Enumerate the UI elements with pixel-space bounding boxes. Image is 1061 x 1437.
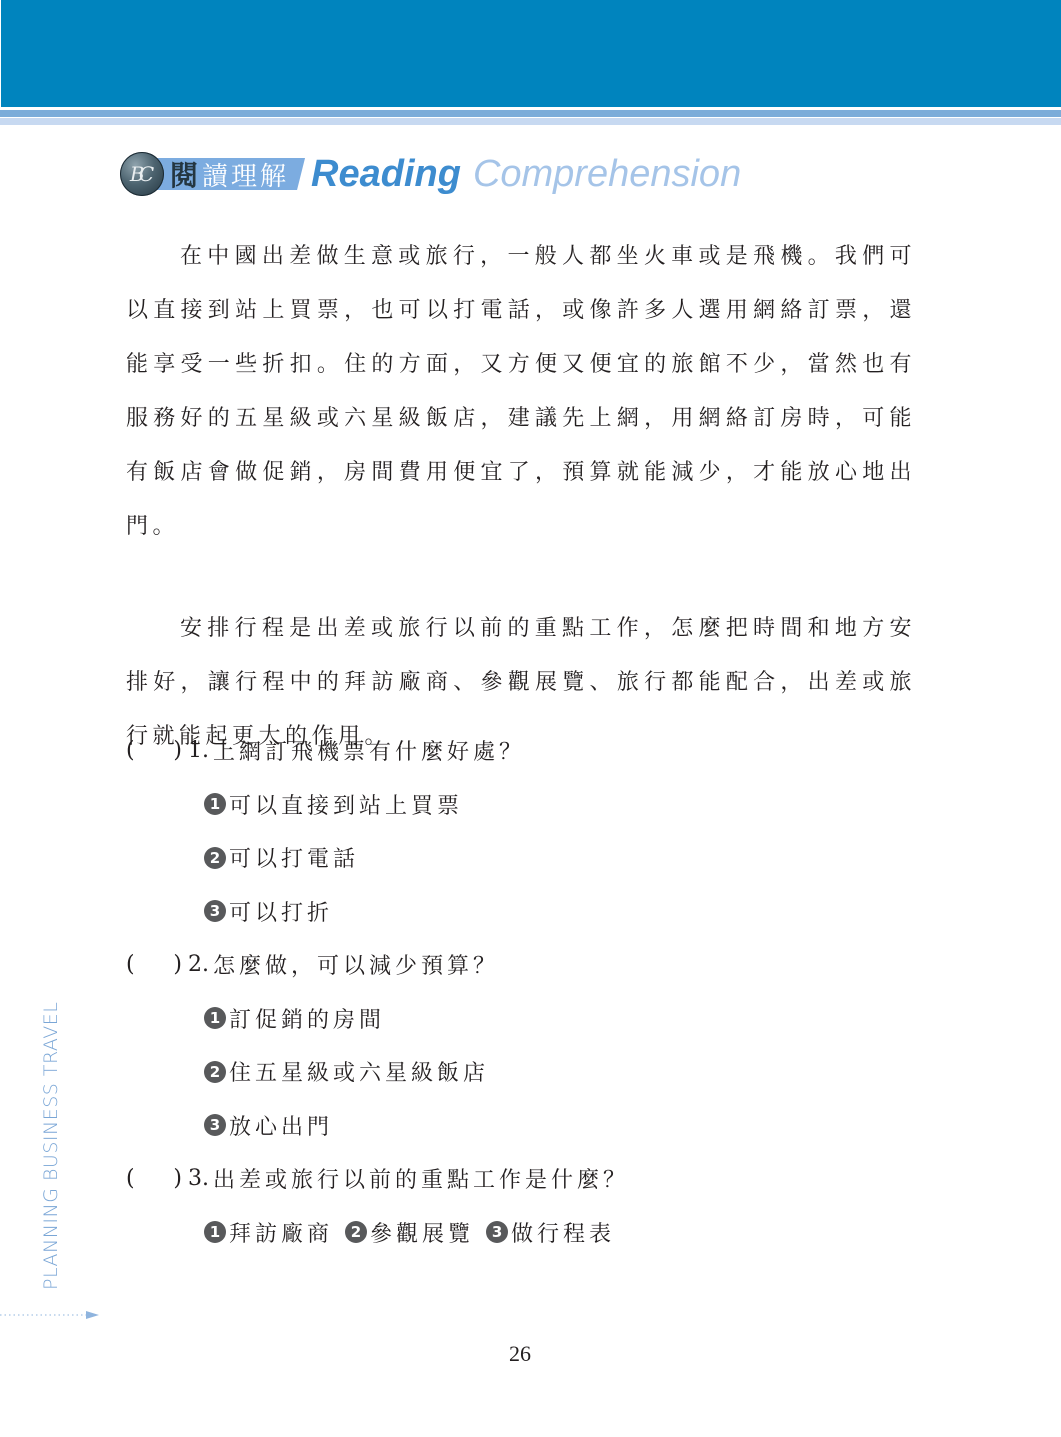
question-text: 出差或旅行以前的重點工作是什麼？: [213, 1163, 629, 1194]
section-title-zh-rest: 讀理解: [202, 156, 289, 193]
question-2-option-2: 2 住五星級或六星級飯店: [126, 1045, 926, 1099]
circled-number-icon: 3: [486, 1221, 508, 1243]
circled-number-icon: 1: [204, 1007, 226, 1029]
option-text: 參觀展覽: [370, 1217, 474, 1248]
question-3-option-2: 2 參觀展覽: [345, 1217, 474, 1248]
question-number: 1.: [188, 738, 209, 763]
question-2-option-1: 1 訂促銷的房間: [126, 992, 926, 1046]
question-3-option-1: 1 拜訪廠商: [204, 1217, 333, 1248]
reading-passage: 在中國出差做生意或旅行，一般人都坐火車或是飛機。我們可以直接到站上買票，也可以打…: [126, 230, 916, 764]
section-title-en-bold: Reading: [311, 153, 461, 196]
bc-logo-icon: BC: [120, 152, 164, 196]
question-text: 上網訂飛機票有什麼好處？: [213, 735, 525, 766]
circled-number-icon: 1: [204, 793, 226, 815]
question-list: ( ) 1. 上網訂飛機票有什麼好處？ 1 可以直接到站上買票 2 可以打電話 …: [126, 724, 926, 1259]
option-text: 做行程表: [511, 1217, 615, 1248]
question-text: 怎麼做，可以減少預算？: [213, 949, 499, 980]
question-number: 2.: [188, 952, 209, 977]
question-3-options: 1 拜訪廠商 2 參觀展覽 3 做行程表: [126, 1206, 926, 1260]
question-1: ( ) 1. 上網訂飛機票有什麼好處？: [126, 724, 926, 778]
circled-number-icon: 2: [345, 1221, 367, 1243]
side-chapter-label: PLANNING BUSINESS TRAVEL: [40, 1002, 62, 1290]
question-3: ( ) 3. 出差或旅行以前的重點工作是什麼？: [126, 1152, 926, 1206]
question-1-option-3: 3 可以打折: [126, 885, 926, 939]
circled-number-icon: 2: [204, 1061, 226, 1083]
option-text: 住五星級或六星級飯店: [229, 1056, 489, 1087]
option-text: 可以打折: [229, 896, 333, 927]
circled-number-icon: 1: [204, 1221, 226, 1243]
option-text: 拜訪廠商: [229, 1217, 333, 1248]
section-title-zh-first: 閱: [170, 154, 198, 194]
answer-blank-2[interactable]: ( ): [126, 952, 186, 977]
option-text: 可以打電話: [229, 842, 359, 873]
dotted-arrow-icon: [0, 1310, 100, 1320]
question-number: 3.: [188, 1166, 209, 1191]
section-title: BC 閱 讀理解 Reading Comprehension: [120, 150, 741, 198]
option-text: 放心出門: [229, 1110, 333, 1141]
header-stripe-light: [0, 118, 1061, 125]
passage-paragraph-1: 在中國出差做生意或旅行，一般人都坐火車或是飛機。我們可以直接到站上買票，也可以打…: [126, 230, 916, 554]
answer-blank-1[interactable]: ( ): [126, 738, 186, 763]
option-text: 可以直接到站上買票: [229, 789, 463, 820]
header-banner: [1, 0, 1061, 107]
circled-number-icon: 3: [204, 900, 226, 922]
question-1-option-2: 2 可以打電話: [126, 831, 926, 885]
page-number: 26: [0, 1341, 1040, 1367]
section-title-en-light: Comprehension: [473, 153, 741, 196]
circled-number-icon: 3: [204, 1114, 226, 1136]
section-title-zh: 閱 讀理解: [156, 158, 305, 190]
header-stripe-mid: [0, 110, 1061, 117]
question-3-option-3: 3 做行程表: [486, 1217, 615, 1248]
circled-number-icon: 2: [204, 847, 226, 869]
answer-blank-3[interactable]: ( ): [126, 1166, 186, 1191]
question-2: ( ) 2. 怎麼做，可以減少預算？: [126, 938, 926, 992]
option-text: 訂促銷的房間: [229, 1003, 385, 1034]
question-1-option-1: 1 可以直接到站上買票: [126, 778, 926, 832]
question-2-option-3: 3 放心出門: [126, 1099, 926, 1153]
